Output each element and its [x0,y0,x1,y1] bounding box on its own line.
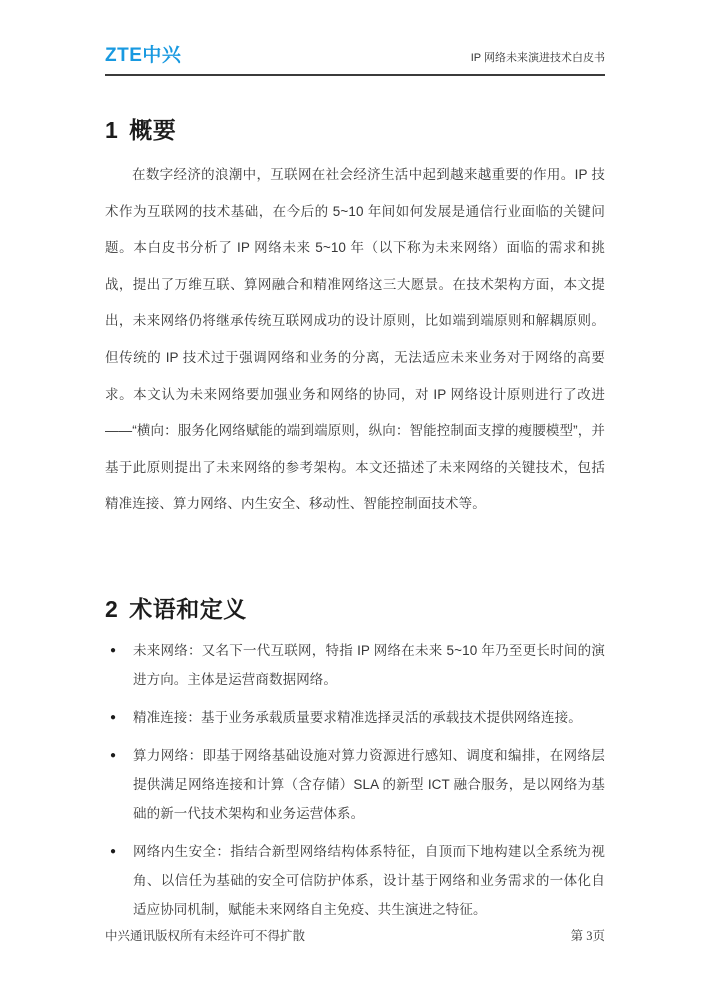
document-page: ZTE中兴 IP 网络未来演进技术白皮书 1概要 在数字经济的浪潮中，互联网在社… [0,0,710,1004]
bullet-icon: ● [110,636,116,665]
page-footer: 中兴通讯版权所有未经许可不得扩散 第 3页 [105,926,605,944]
term-item-text: 算力网络：即基于网络基础设施对算力资源进行感知、调度和编排，在网络层提供满足网络… [133,748,605,821]
header-doc-title: IP 网络未来演进技术白皮书 [471,49,605,67]
section-terms-title: 术语和定义 [129,596,247,622]
term-item-computing-network: ● 算力网络：即基于网络基础设施对算力资源进行感知、调度和编排，在网络层提供满足… [105,741,605,828]
page-header: ZTE中兴 IP 网络未来演进技术白皮书 [105,45,605,76]
page-content: ZTE中兴 IP 网络未来演进技术白皮书 1概要 在数字经济的浪潮中，互联网在社… [0,0,710,924]
bullet-icon: ● [110,837,116,866]
term-item-text: 网络内生安全：指结合新型网络结构体系特征，自顶而下地构建以全系统为视角、以信任为… [133,844,605,917]
section-overview-title: 概要 [129,117,176,143]
section-overview-number: 1 [105,117,118,143]
section-terms-number: 2 [105,596,118,622]
bullet-icon: ● [110,703,116,732]
term-item-future-network: ● 未来网络：又名下一代互联网，特指 IP 网络在未来 5~10 年乃至更长时间… [105,636,605,694]
term-item-text: 精准连接：基于业务承载质量要求精准选择灵活的承载技术提供网络连接。 [133,710,582,725]
section-overview-heading: 1概要 [105,116,605,144]
section-terms-heading: 2术语和定义 [105,595,605,623]
zte-logo: ZTE中兴 [105,45,181,67]
bullet-icon: ● [110,741,116,770]
footer-copyright: 中兴通讯版权所有未经许可不得扩散 [105,926,305,944]
terms-list: ● 未来网络：又名下一代互联网，特指 IP 网络在未来 5~10 年乃至更长时间… [105,636,605,924]
term-item-text: 未来网络：又名下一代互联网，特指 IP 网络在未来 5~10 年乃至更长时间的演… [133,643,605,687]
footer-page-number: 第 3页 [571,926,605,944]
term-item-endogenous-security: ● 网络内生安全：指结合新型网络结构体系特征，自顶而下地构建以全系统为视角、以信… [105,837,605,924]
overview-paragraph: 在数字经济的浪潮中，互联网在社会经济生活中起到越来越重要的作用。IP 技术作为互… [105,157,605,523]
term-item-precise-connection: ● 精准连接：基于业务承载质量要求精准选择灵活的承载技术提供网络连接。 [105,703,605,732]
